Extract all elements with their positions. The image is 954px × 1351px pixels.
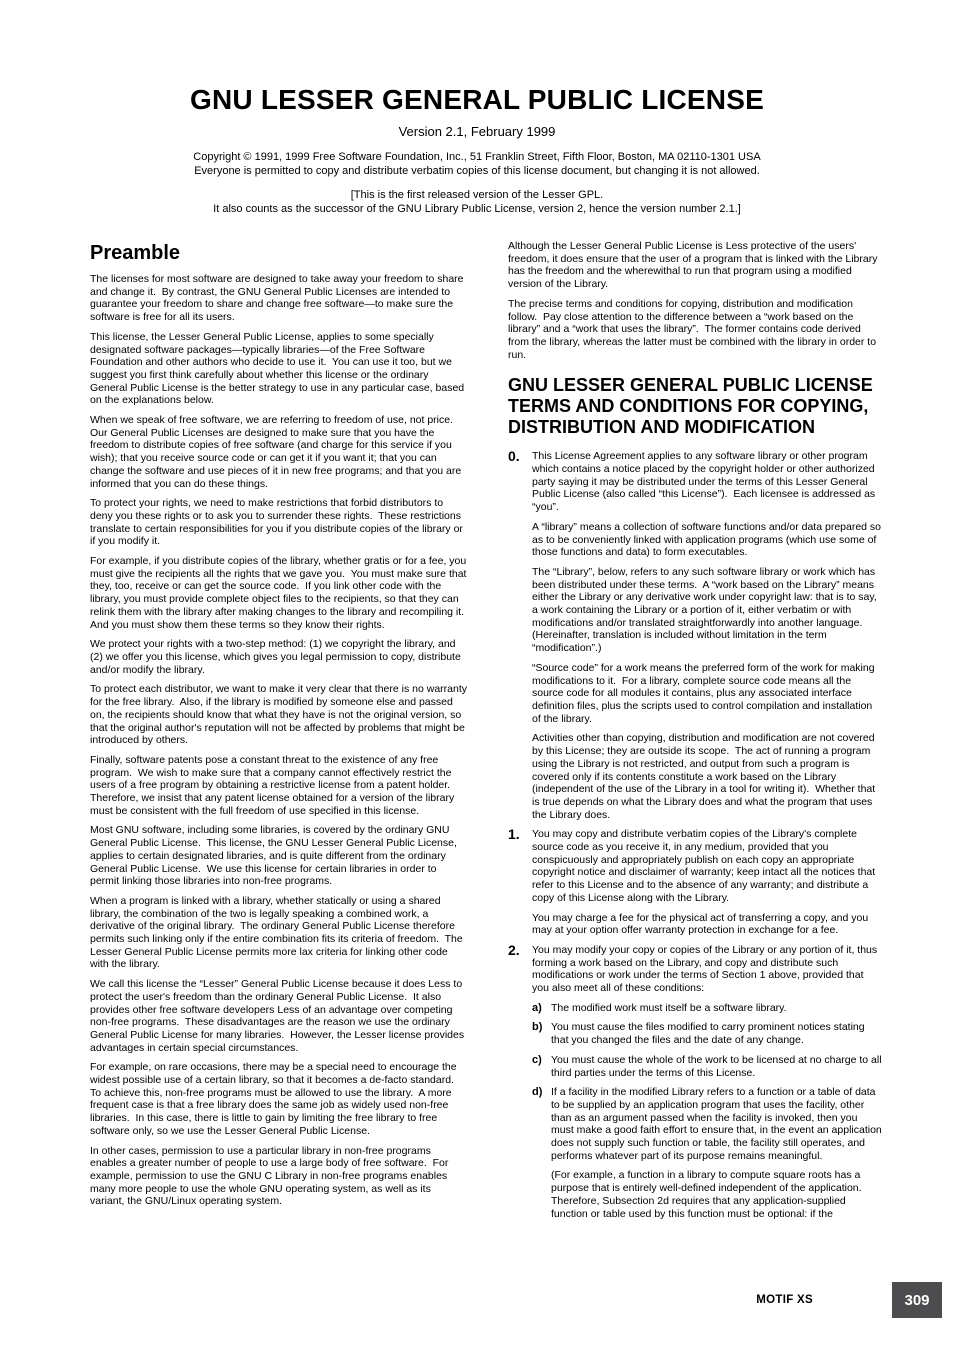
term-item-0: 0. This License Agreement applies to any…: [508, 450, 882, 828]
version-line: Version 2.1, February 1999: [0, 124, 954, 140]
preamble-paragraph: This license, the Lesser General Public …: [90, 331, 468, 407]
term-paragraph: You may modify your copy or copies of th…: [532, 944, 882, 995]
preamble-paragraph: For example, on rare occasions, there ma…: [90, 1061, 468, 1137]
subitem-text: The modified work must itself be a softw…: [551, 1002, 882, 1015]
preamble-paragraph: To protect each distributor, we want to …: [90, 683, 468, 747]
preamble-paragraph: To protect your rights, we need to make …: [90, 497, 468, 548]
license-document-page: GNU LESSER GENERAL PUBLIC LICENSE Versio…: [0, 0, 954, 1351]
term-item-body: This License Agreement applies to any so…: [532, 450, 882, 828]
term-item-2: 2. You may modify your copy or copies of…: [508, 944, 882, 1227]
term-item-number: 2.: [508, 944, 532, 1227]
preamble-paragraph: In other cases, permission to use a part…: [90, 1145, 468, 1209]
page-number-badge: 309: [892, 1282, 942, 1318]
term-subitem-c: c) You must cause the whole of the work …: [532, 1054, 882, 1079]
two-column-body: Preamble The licenses for most software …: [90, 240, 882, 1227]
preamble-paragraph: The licenses for most software are desig…: [90, 273, 468, 324]
preamble-paragraph: When we speak of free software, we are r…: [90, 414, 468, 490]
preamble-paragraph: We protect your rights with a two-step m…: [90, 638, 468, 676]
left-column: Preamble The licenses for most software …: [90, 240, 468, 1215]
copyright-line-2: Everyone is permitted to copy and distri…: [0, 165, 954, 179]
terms-heading: GNU LESSER GENERAL PUBLIC LICENSE TERMS …: [508, 375, 882, 438]
terms-intro-paragraph: Although the Lesser General Public Licen…: [508, 240, 882, 291]
release-note-line-1: [This is the first released version of t…: [0, 189, 954, 203]
preamble-paragraph: We call this license the “Lesser” Genera…: [90, 978, 468, 1054]
subitem-text: If a facility in the modified Library re…: [551, 1086, 882, 1162]
subitem-label: d): [532, 1086, 551, 1162]
subitem-label: a): [532, 1002, 551, 1015]
subitem-label: c): [532, 1054, 551, 1079]
term-subitem-b: b) You must cause the files modified to …: [532, 1021, 882, 1046]
terms-intro-paragraph: The precise terms and conditions for cop…: [508, 298, 882, 362]
term-paragraph: Activities other than copying, distribut…: [532, 732, 882, 821]
copyright-line-1: Copyright © 1991, 1999 Free Software Fou…: [0, 151, 954, 165]
term-paragraph: “Source code” for a work means the prefe…: [532, 662, 882, 726]
term-item-number: 0.: [508, 450, 532, 828]
preamble-paragraph: When a program is linked with a library,…: [90, 895, 468, 971]
term-subitem-a: a) The modified work must itself be a so…: [532, 1002, 882, 1015]
term-paragraph: This License Agreement applies to any so…: [532, 450, 882, 514]
copyright-block: Copyright © 1991, 1999 Free Software Fou…: [0, 151, 954, 178]
page-title: GNU LESSER GENERAL PUBLIC LICENSE: [0, 85, 954, 115]
preamble-paragraph: Most GNU software, including some librar…: [90, 824, 468, 888]
term-paragraph: A “library” means a collection of softwa…: [532, 521, 882, 559]
term-item-body: You may modify your copy or copies of th…: [532, 944, 882, 1227]
term-item-body: You may copy and distribute verbatim cop…: [532, 828, 882, 944]
preamble-heading: Preamble: [90, 240, 468, 266]
right-column: Although the Lesser General Public Licen…: [508, 240, 882, 1227]
subitem-text: You must cause the files modified to car…: [551, 1021, 882, 1046]
term-item-number: 1.: [508, 828, 532, 944]
term-item-1: 1. You may copy and distribute verbatim …: [508, 828, 882, 944]
subitem-label: b): [532, 1021, 551, 1046]
preamble-paragraph: For example, if you distribute copies of…: [90, 555, 468, 631]
release-note-line-2: It also counts as the successor of the G…: [0, 203, 954, 217]
footer-product-name: MOTIF XS: [756, 1294, 813, 1306]
release-note-block: [This is the first released version of t…: [0, 189, 954, 216]
subitem-text: You must cause the whole of the work to …: [551, 1054, 882, 1079]
term-paragraph: You may charge a fee for the physical ac…: [532, 912, 882, 937]
term-paragraph: You may copy and distribute verbatim cop…: [532, 828, 882, 904]
term-subitem-d: d) If a facility in the modified Library…: [532, 1086, 882, 1162]
preamble-paragraph: Finally, software patents pose a constan…: [90, 754, 468, 818]
term-note-paragraph: (For example, a function in a library to…: [551, 1169, 882, 1220]
term-paragraph: The “Library”, below, refers to any such…: [532, 566, 882, 655]
